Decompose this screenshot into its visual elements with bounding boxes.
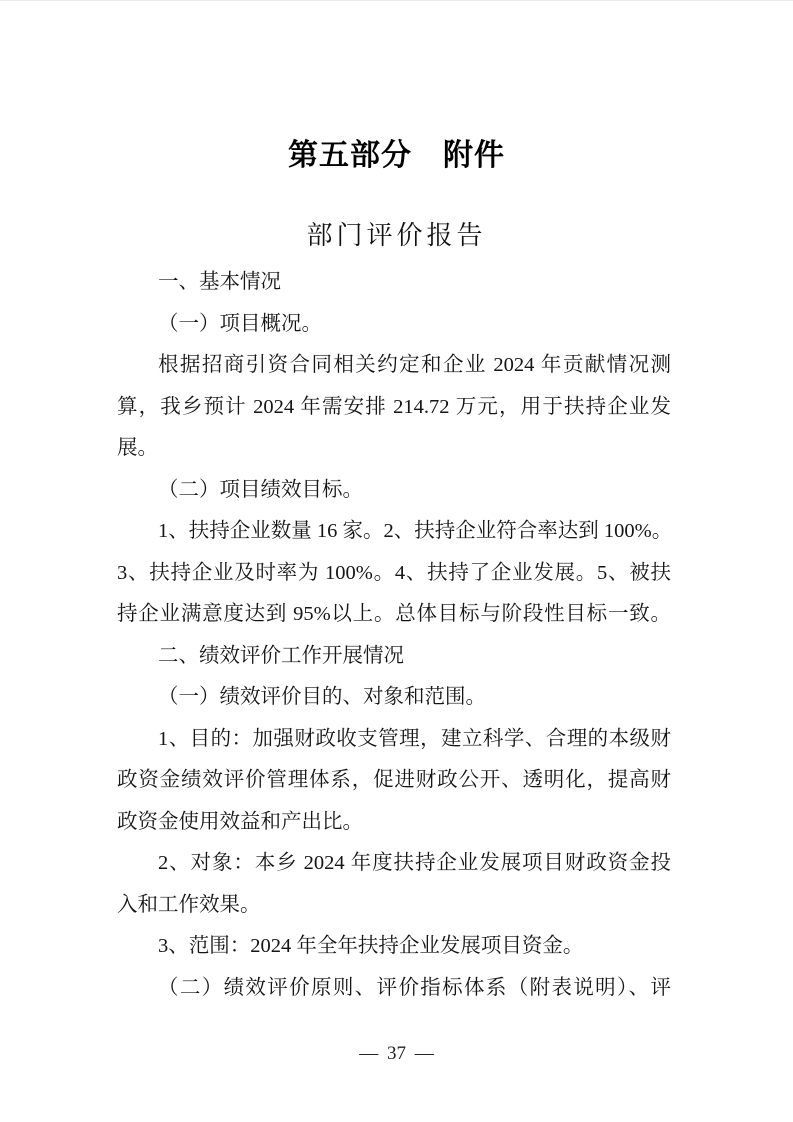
- body-line: 3、扶持企业及时率为 100%。4、扶持了企业发展。5、被扶: [117, 553, 671, 595]
- body-line: 根据招商引资合同相关约定和企业 2024 年贡献情况测: [117, 345, 671, 387]
- body-line: 展。: [117, 428, 671, 470]
- body-line: 持企业满意度达到 95%以上。总体目标与阶段性目标一致。: [117, 594, 671, 636]
- document-page: 第五部分 附件 部门评价报告 一、基本情况 （一）项目概况。 根据招商引资合同相…: [0, 0, 793, 1122]
- body-line: 1、扶持企业数量 16 家。2、扶持企业符合率达到 100%。: [117, 511, 671, 553]
- body-line: 二、绩效评价工作开展情况: [117, 636, 671, 678]
- report-title: 部门评价报告: [0, 219, 793, 253]
- body-line: 1、目的：加强财政收支管理，建立科学、合理的本级财: [117, 719, 671, 761]
- body-line: （一）绩效评价目的、对象和范围。: [117, 677, 671, 719]
- document-body: 一、基本情况 （一）项目概况。 根据招商引资合同相关约定和企业 2024 年贡献…: [117, 262, 671, 1009]
- body-line: 3、范围：2024 年全年扶持企业发展项目资金。: [117, 926, 671, 968]
- body-line: 政资金绩效评价管理体系，促进财政公开、透明化，提高财: [117, 760, 671, 802]
- body-line: 2、对象：本乡 2024 年度扶持企业发展项目财政资金投: [117, 843, 671, 885]
- body-line: （一）项目概况。: [117, 304, 671, 346]
- body-line: 算，我乡预计 2024 年需安排 214.72 万元，用于扶持企业发: [117, 387, 671, 429]
- body-line: （二）绩效评价原则、评价指标体系（附表说明）、评: [117, 968, 671, 1010]
- body-line: 入和工作效果。: [117, 885, 671, 927]
- page-number: — 37 —: [0, 1042, 793, 1066]
- body-line: 一、基本情况: [117, 262, 671, 304]
- body-line: 政资金使用效益和产出比。: [117, 802, 671, 844]
- body-line: （二）项目绩效目标。: [117, 470, 671, 512]
- section-title: 第五部分 附件: [0, 137, 793, 175]
